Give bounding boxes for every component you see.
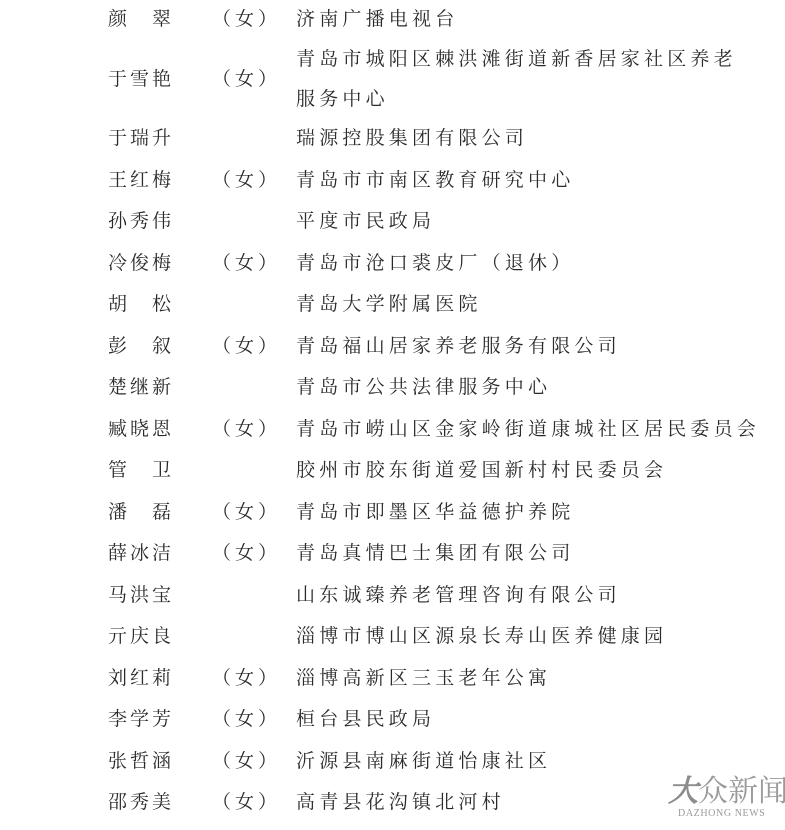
person-name: 王红梅	[108, 169, 174, 191]
person-name: 张哲涵	[108, 750, 174, 772]
organization: 青岛大学附属医院	[296, 293, 482, 315]
gender-tag: （女）	[212, 667, 281, 689]
gender-tag: （女）	[212, 335, 281, 357]
gender-tag: （女）	[212, 169, 281, 191]
gender-tag: （女）	[212, 252, 281, 274]
person-name: 邵秀美	[108, 791, 174, 813]
organization: 平度市民政局	[296, 210, 435, 232]
person-name: 楚继新	[108, 376, 174, 398]
person-name: 管 卫	[108, 459, 174, 481]
watermark-english: DAZHONG NEWS	[678, 808, 785, 820]
organization: 淄博高新区三玉老年公寓	[296, 667, 551, 689]
gender-tag: （女）	[212, 750, 281, 772]
organization: 青岛真情巴士集团有限公司	[296, 542, 574, 564]
person-name: 孙秀伟	[108, 210, 174, 232]
gender-tag: （女）	[212, 501, 281, 523]
gender-tag: （女）	[212, 708, 281, 730]
organization: 高青县花沟镇北河村	[296, 791, 505, 813]
person-name: 彭 叙	[108, 335, 174, 357]
organization: 胶州市胶东街道爱国新村村民委员会	[296, 459, 667, 481]
person-name: 胡 松	[108, 293, 174, 315]
organization: 山东诚臻养老管理咨询有限公司	[296, 584, 621, 606]
person-name: 冷俊梅	[108, 252, 174, 274]
organization: 淄博市博山区源泉长寿山医养健康园	[296, 625, 667, 647]
person-name: 潘 磊	[108, 501, 174, 523]
person-name: 马洪宝	[108, 584, 174, 606]
organization: 青岛福山居家养老服务有限公司	[296, 335, 621, 357]
gender-tag: （女）	[212, 542, 281, 564]
dazhong-news-watermark: 大众新闻 DAZHONG NEWS	[668, 776, 785, 830]
person-name: 薛冰洁	[108, 542, 174, 564]
person-name: 李学芳	[108, 708, 174, 730]
person-name: 于瑞升	[108, 127, 174, 149]
person-name: 颜 翠	[108, 8, 174, 30]
organization: 桓台县民政局	[296, 708, 435, 730]
person-name: 亓庆良	[108, 625, 174, 647]
organization: 瑞源控股集团有限公司	[296, 127, 528, 149]
organization: 青岛市崂山区金家岭街道康城社区居民委员会	[296, 418, 760, 440]
person-name: 于雪艳	[108, 68, 174, 90]
gender-tag: （女）	[212, 791, 281, 813]
organization: 济南广播电视台	[296, 8, 458, 30]
watermark-logo-mark: 大	[668, 776, 698, 808]
organization-line-1: 青岛市城阳区棘洪滩街道新香居家社区养老	[296, 48, 737, 70]
organization: 沂源县南麻街道怡康社区	[296, 750, 551, 772]
gender-tag: （女）	[212, 8, 281, 30]
gender-tag: （女）	[212, 68, 281, 90]
organization: 青岛市即墨区华益德护养院	[296, 501, 574, 523]
person-name: 臧晓恩	[108, 418, 174, 440]
watermark-logo-text: 众新闻	[698, 774, 785, 809]
organization: 青岛市市南区教育研究中心	[296, 169, 574, 191]
watermark-logo: 大众新闻	[668, 776, 785, 808]
gender-tag: （女）	[212, 418, 281, 440]
organization: 青岛市沧口裘皮厂（退休）	[296, 252, 574, 274]
organization: 青岛市公共法律服务中心	[296, 376, 551, 398]
person-name: 刘红莉	[108, 667, 174, 689]
organization-line-2: 服务中心	[296, 88, 389, 110]
